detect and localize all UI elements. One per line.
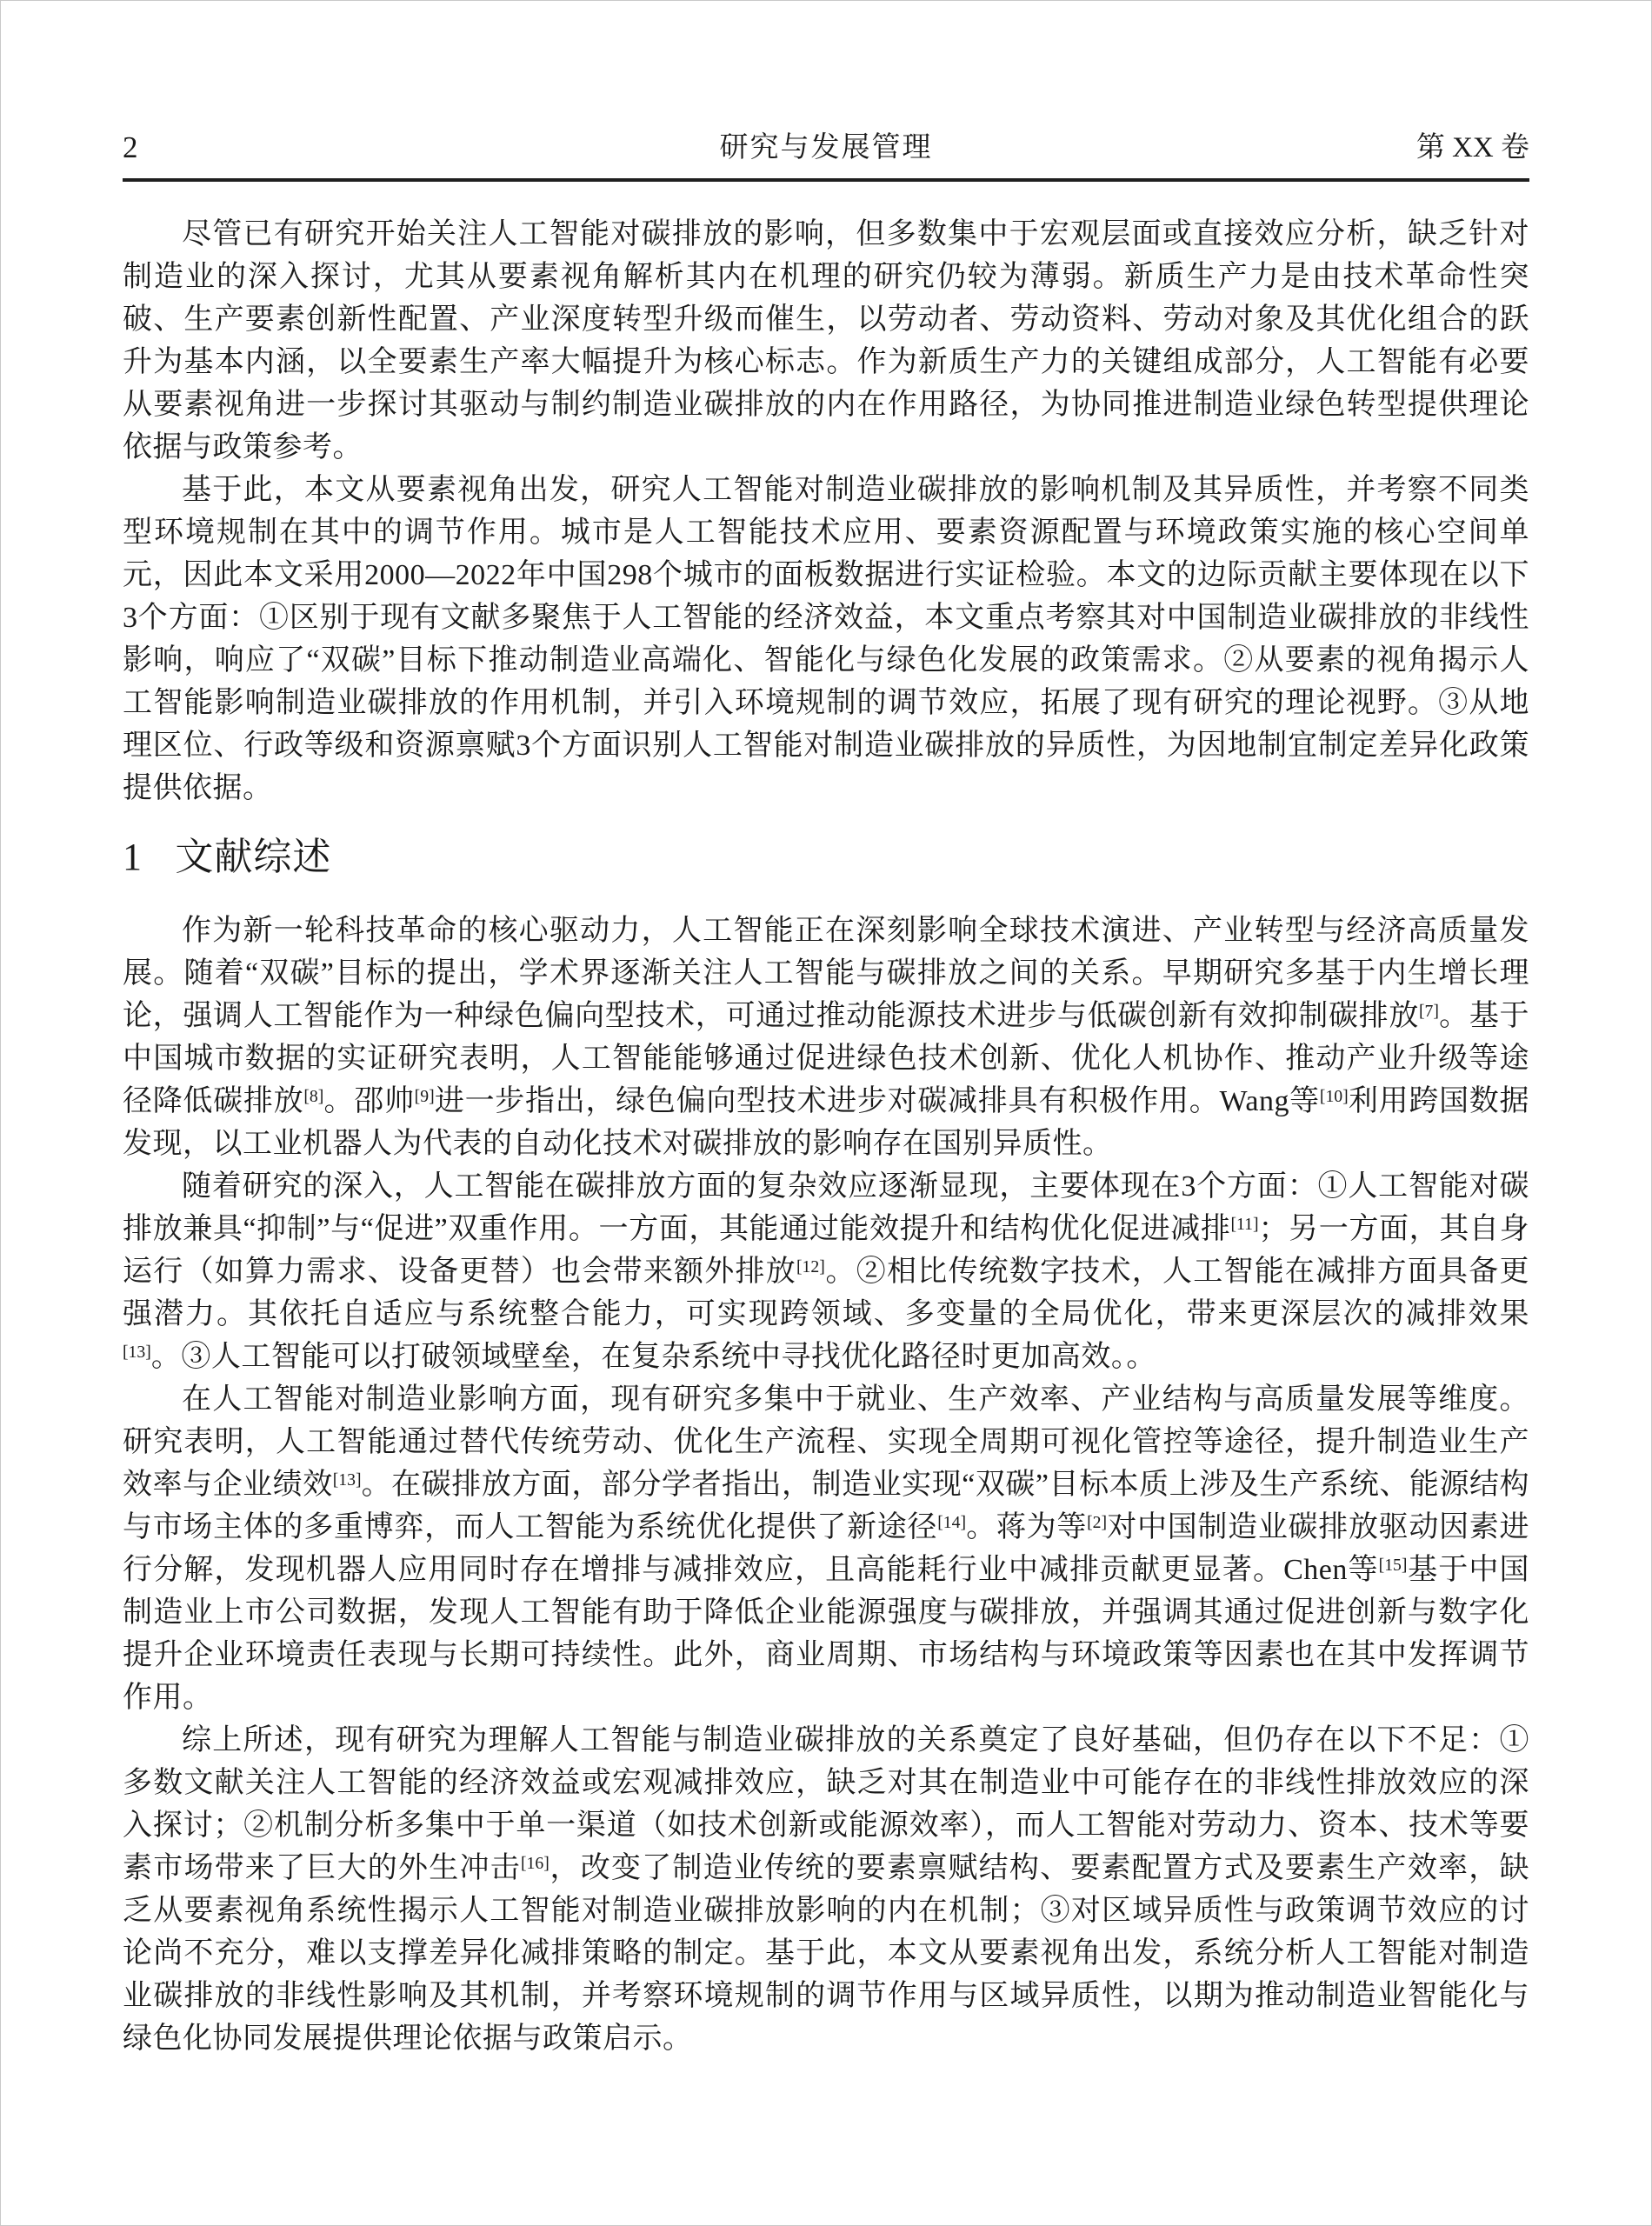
volume-label: 第 XX 卷 [933,131,1530,166]
section-number: 1 [123,836,143,878]
paragraph-text: 。③人工智能可以打破领域壁垒，在复杂系统中寻找优化路径时更加高效。。 [151,1341,1156,1373]
paragraph-text: 。蒋为等 [966,1511,1087,1543]
citation-ref: [13] [123,1343,151,1362]
citation-ref: [10] [1320,1087,1349,1106]
page-number: 2 [123,130,720,166]
citation-ref: [9] [415,1087,435,1106]
paragraph: 尽管已有研究开始关注人工智能对碳排放的影响，但多数集中于宏观层面或直接效应分析，… [123,213,1529,469]
paragraph: 作为新一轮科技革命的核心驱动力，人工智能正在深刻影响全球技术演进、产业转型与经济… [123,910,1529,1165]
citation-ref: [13] [333,1470,362,1490]
section-title: 文献综述 [175,836,331,878]
paragraph: 在人工智能对制造业影响方面，现有研究多集中于就业、生产效率、产业结构与高质量发展… [123,1378,1529,1719]
page-header: 2 研究与发展管理 第 XX 卷 [123,1,1529,182]
paragraph: 综上所述，现有研究为理解人工智能与制造业碳排放的关系奠定了良好基础，但仍存在以下… [123,1719,1529,2060]
citation-ref: [2] [1087,1513,1107,1532]
body-content: 尽管已有研究开始关注人工智能对碳排放的影响，但多数集中于宏观层面或直接效应分析，… [123,182,1529,2060]
paragraph-text: 作为新一轮科技革命的核心驱动力，人工智能正在深刻影响全球技术演进、产业转型与经济… [123,915,1529,1032]
paragraph-text: 基于此，本文从要素视角出发，研究人工智能对制造业碳排放的影响机制及其异质性，并考… [123,474,1529,804]
section-heading: 1文献综述 [123,836,1529,880]
citation-ref: [7] [1419,1002,1439,1021]
paragraph: 基于此，本文从要素视角出发，研究人工智能对制造业碳排放的影响机制及其异质性，并考… [123,469,1529,810]
paragraph-text: 进一步指出，绿色偏向型技术进步对碳减排具有积极作用。Wang等 [435,1085,1320,1117]
citation-ref: [14] [937,1513,966,1532]
paper-page: { "header": { "page_number": "2", "journ… [0,0,1652,2226]
citation-ref: [15] [1379,1556,1408,1575]
citation-ref: [8] [303,1087,323,1106]
citation-ref: [16] [521,1854,550,1873]
citation-ref: [11] [1230,1215,1258,1234]
journal-title: 研究与发展管理 [720,131,933,166]
paragraph-text: 尽管已有研究开始关注人工智能对碳排放的影响，但多数集中于宏观层面或直接效应分析，… [123,218,1529,463]
paragraph: 随着研究的深入，人工智能在碳排放方面的复杂效应逐渐显现，主要体现在3个方面：①人… [123,1165,1529,1378]
paragraph-text: 。邵帅 [323,1085,414,1117]
citation-ref: [12] [796,1257,825,1276]
